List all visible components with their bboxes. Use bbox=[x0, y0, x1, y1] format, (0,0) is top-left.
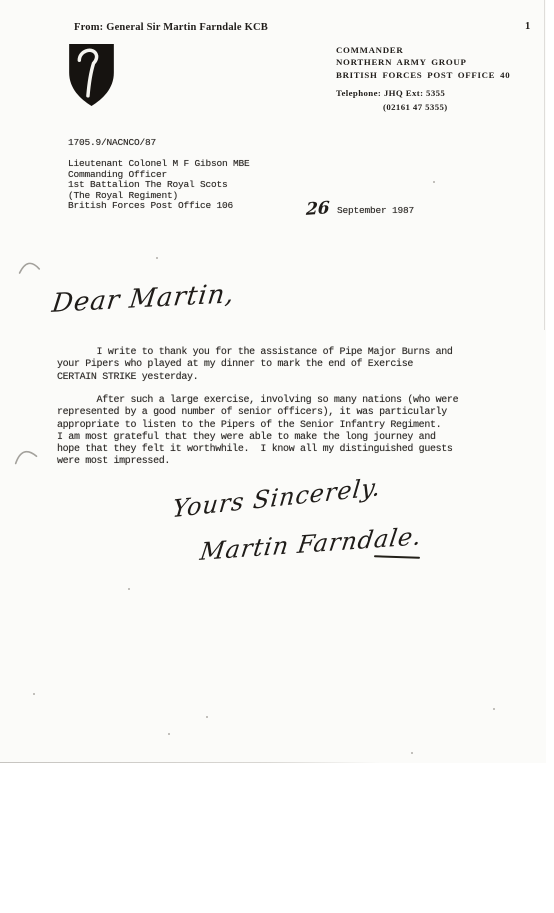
reference-number: 1705.9/NACNCO/87 bbox=[68, 137, 156, 148]
body-line: appropriate to listen to the Pipers of t… bbox=[57, 420, 458, 432]
body-line: represented by a good number of senior o… bbox=[57, 407, 458, 419]
recipient-line: British Forces Post Office 106 bbox=[68, 201, 250, 212]
date-month-year: September 1987 bbox=[337, 205, 414, 216]
paper-bottom-edge bbox=[0, 762, 380, 763]
page-number: 1 bbox=[525, 21, 530, 32]
recipient-address-block: Lieutenant Colonel M F Gibson MBE Comman… bbox=[68, 159, 250, 212]
scan-artifact-dot bbox=[168, 733, 170, 735]
body-line: After such a large exercise, involving s… bbox=[57, 395, 458, 407]
commander-line: NORTHERN ARMY GROUP bbox=[336, 56, 510, 68]
scan-artifact-dot bbox=[433, 181, 435, 183]
body-line: your Pipers who played at my dinner to m… bbox=[57, 359, 453, 371]
scan-artifact-dot bbox=[156, 257, 158, 259]
commander-line: COMMANDER bbox=[336, 44, 510, 56]
body-line: CERTAIN STRIKE yesterday. bbox=[57, 372, 453, 384]
body-paragraph-1: I write to thank you for the assistance … bbox=[57, 347, 453, 384]
date-day-handwritten: 26 bbox=[306, 198, 330, 220]
scan-artifact-dot bbox=[411, 752, 413, 754]
scan-artifact-dot bbox=[33, 693, 35, 695]
recipient-line: Lieutenant Colonel M F Gibson MBE bbox=[68, 159, 250, 170]
commander-line: BRITISH FORCES POST OFFICE 40 bbox=[336, 69, 510, 81]
scan-artifact-dot bbox=[128, 588, 130, 590]
telephone-block: Telephone: JHQ Ext: 5355 (02161 47 5355) bbox=[336, 87, 448, 114]
paper-right-edge-scan-line bbox=[544, 0, 545, 330]
from-line: From: General Sir Martin Farndale KCB bbox=[74, 22, 268, 33]
scan-arc-mark-top bbox=[16, 258, 42, 276]
body-line: hope that they felt it worthwhile. I kno… bbox=[57, 444, 458, 456]
body-paragraph-2: After such a large exercise, involving s… bbox=[57, 395, 458, 469]
telephone-extension-line: (02161 47 5355) bbox=[336, 101, 448, 115]
scanned-letter-page: From: General Sir Martin Farndale KCB 1 … bbox=[0, 0, 554, 913]
telephone-line: Telephone: JHQ Ext: 5355 bbox=[336, 87, 448, 101]
scan-artifact-dot bbox=[493, 708, 495, 710]
body-line: were most impressed. bbox=[57, 456, 458, 468]
northag-shield-icon bbox=[66, 43, 117, 107]
body-line: I write to thank you for the assistance … bbox=[57, 347, 453, 359]
body-line: I am most grateful that they were able t… bbox=[57, 432, 458, 444]
scan-artifact-dot bbox=[206, 716, 208, 718]
commander-address-block: COMMANDER NORTHERN ARMY GROUP BRITISH FO… bbox=[336, 44, 510, 81]
